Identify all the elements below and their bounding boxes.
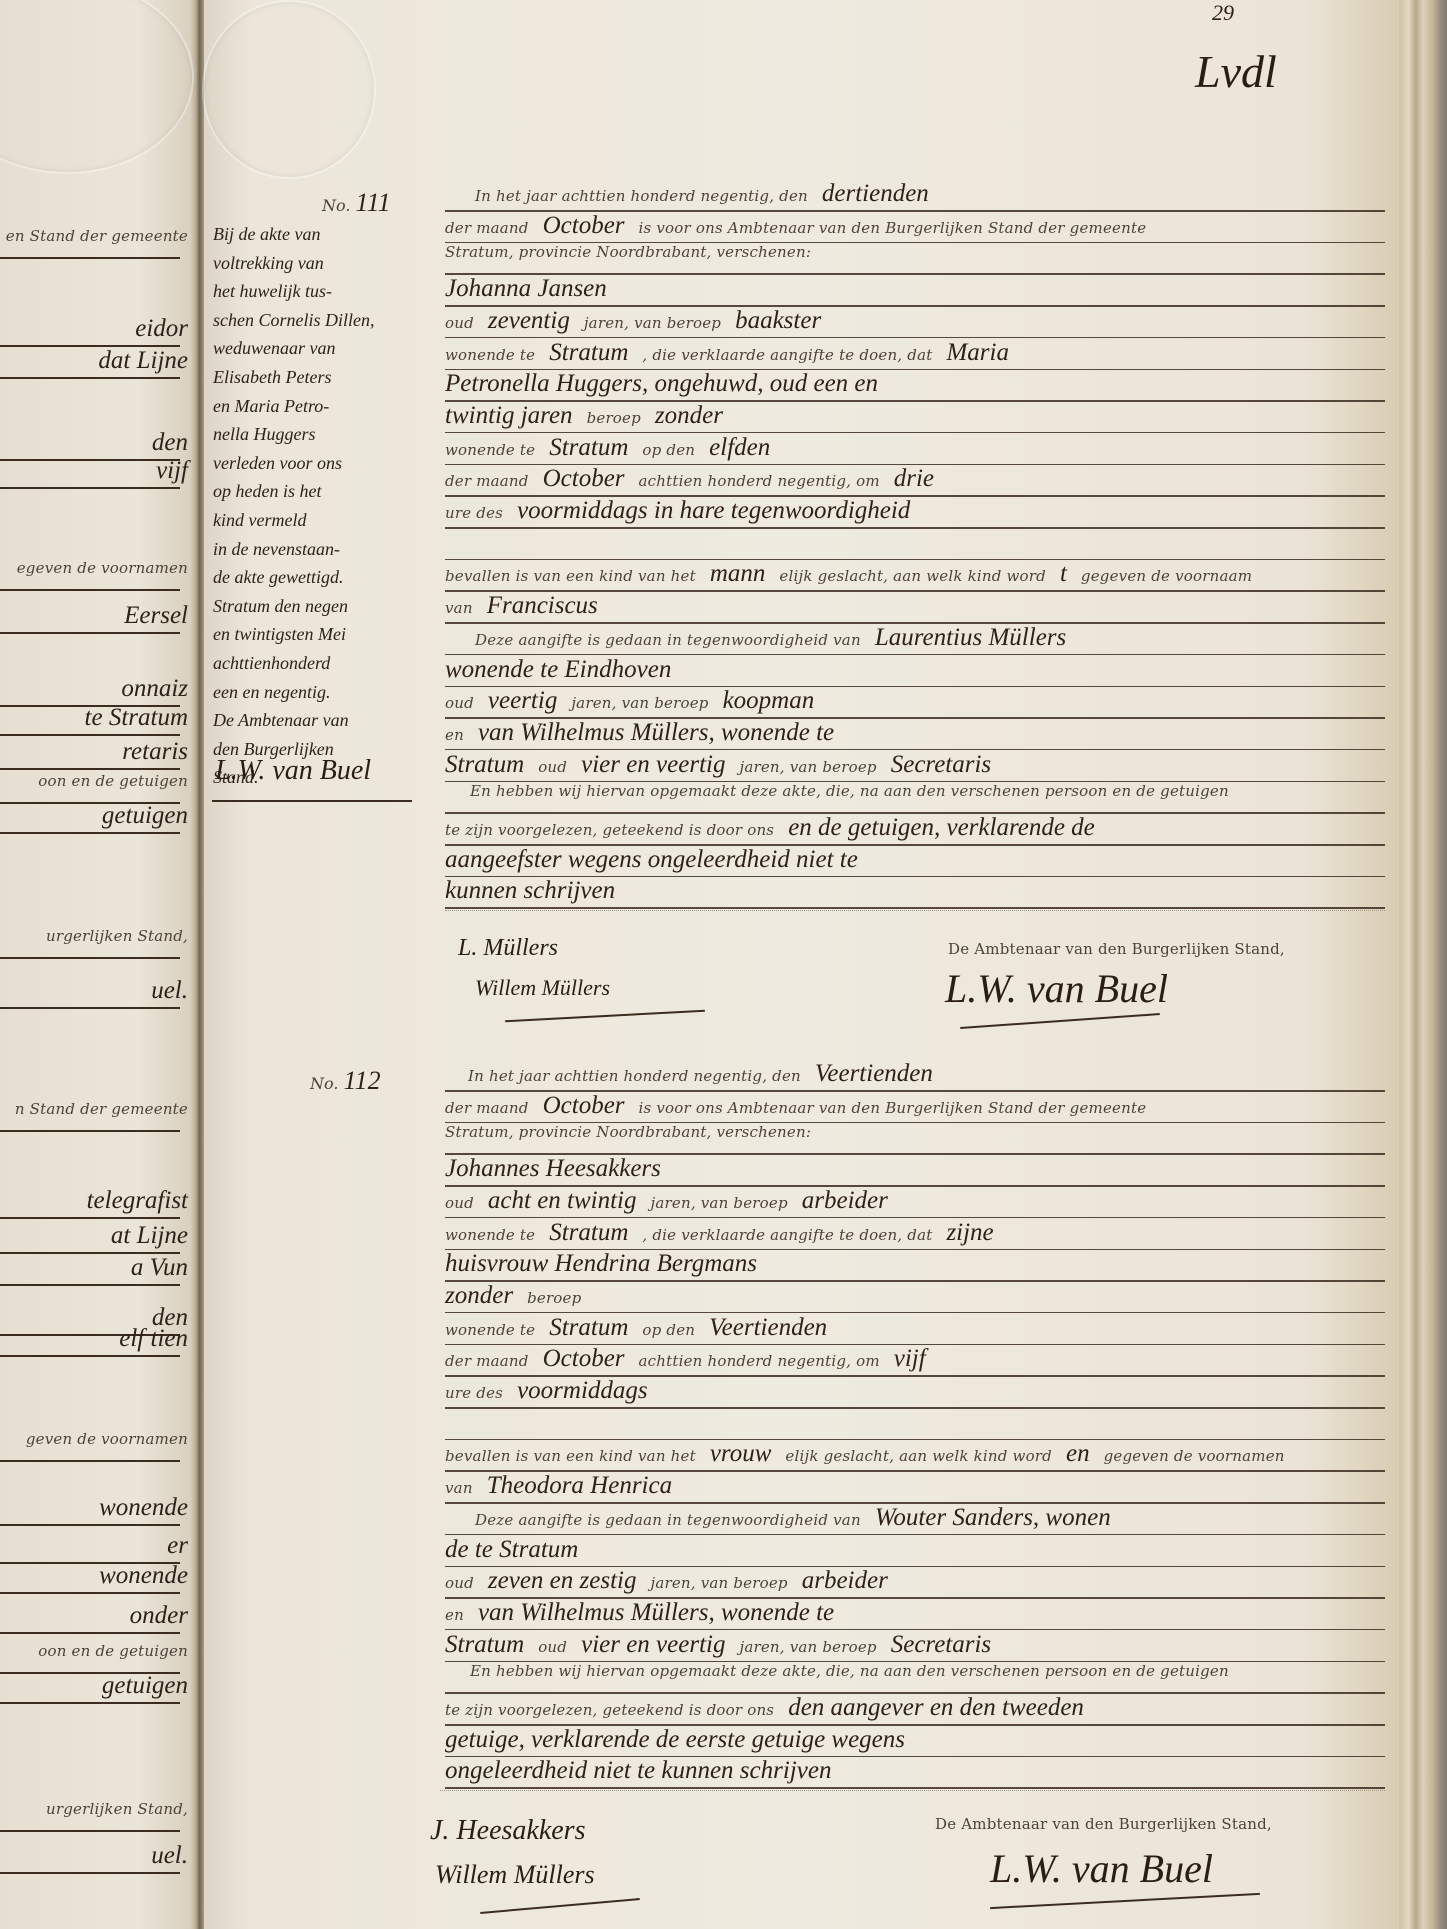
margin-note-line: verleden voor ons xyxy=(213,449,453,478)
printed-text: op den xyxy=(642,1321,695,1339)
official-label: De Ambtenaar van den Burgerlijken Stand, xyxy=(935,1815,1272,1833)
left-fragment: Eersel xyxy=(124,602,188,630)
left-fragment: onder xyxy=(130,1602,188,1630)
handwritten-entry: Veertienden xyxy=(815,1060,933,1087)
witness-signature-2: Willem Müllers xyxy=(475,975,610,1001)
act-line: der maandOctoberis voor ons Ambtenaar va… xyxy=(445,212,1160,240)
printed-text: achttien honderd negentig, om xyxy=(639,1352,880,1370)
printed-text: jaren, van beroep xyxy=(584,314,721,332)
left-fragment: uel. xyxy=(151,1842,188,1870)
act-line: wonende teStratum, die verklaarde aangif… xyxy=(445,1219,1008,1247)
printed-text: wonende te xyxy=(445,1226,535,1244)
ruled-line xyxy=(0,1632,180,1634)
handwritten-entry: aangeefster wegens ongeleerdheid niet te xyxy=(445,846,858,873)
printed-text: jaren, van beroep xyxy=(571,694,708,712)
act-line: der maandOctoberachttien honderd negenti… xyxy=(445,465,948,493)
margin-note-line: achttienhonderd xyxy=(213,649,453,678)
ruled-line xyxy=(445,1407,1385,1409)
printed-text: oud xyxy=(538,758,567,776)
left-fragment: wonende xyxy=(99,1494,188,1522)
left-fragment: urgerlijken Stand, xyxy=(46,927,188,945)
printed-text: Stratum, provincie Noordbrabant, versche… xyxy=(445,243,811,261)
printed-text: oud xyxy=(445,314,474,332)
handwritten-entry: Stratum xyxy=(549,1219,628,1246)
handwritten-entry: Stratum xyxy=(445,751,524,778)
act-line: wonende teStratumop denVeertienden xyxy=(445,1314,841,1342)
handwritten-entry: Stratum xyxy=(445,1631,524,1658)
handwritten-entry: van Wilhelmus Müllers, wonende te xyxy=(478,1599,834,1626)
handwritten-entry: drie xyxy=(894,465,934,492)
act-line: bevallen is van een kind van hetmannelij… xyxy=(445,560,1266,588)
printed-text: te zijn voorgelezen, geteekend is door o… xyxy=(445,1701,774,1719)
left-fragment: dat Lijne xyxy=(98,347,188,375)
act-line: envan Wilhelmus Müllers, wonende te xyxy=(445,719,848,747)
embossed-seal xyxy=(0,0,194,174)
ruled-line xyxy=(0,1872,180,1874)
left-fragment: oon en de getuigen xyxy=(38,1642,188,1660)
printed-text: beroep xyxy=(527,1289,581,1307)
ruled-line xyxy=(0,832,180,834)
act-line: Stratumoudvier en veertigjaren, van bero… xyxy=(445,751,1005,779)
left-fragment: a Vun xyxy=(131,1254,188,1282)
act-separator xyxy=(445,910,1385,911)
act-line: Petronella Huggers, ongehuwd, oud een en xyxy=(445,370,892,398)
printed-text: van xyxy=(445,1479,473,1497)
ruled-line xyxy=(0,1460,180,1462)
handwritten-entry: vijf xyxy=(894,1345,926,1372)
act-line: getuige, verklarende de eerste getuige w… xyxy=(445,1726,919,1754)
handwritten-entry: ongeleerdheid niet te kunnen schrijven xyxy=(445,1757,831,1784)
handwritten-entry: Stratum xyxy=(549,339,628,366)
handwritten-entry: huisvrouw Hendrina Bergmans xyxy=(445,1250,757,1277)
left-fragment: en Stand der gemeente xyxy=(6,227,188,245)
left-fragment: geven de voornamen xyxy=(26,1430,188,1448)
act-line: ongeleerdheid niet te kunnen schrijven xyxy=(445,1757,845,1785)
witness-signature-1: L. Müllers xyxy=(458,935,558,962)
handwritten-entry: kunnen schrijven xyxy=(445,877,615,904)
handwritten-entry: arbeider xyxy=(802,1187,888,1214)
folio-number: 29 xyxy=(1212,0,1234,26)
ruled-line xyxy=(0,1007,180,1009)
printed-text: wonende te xyxy=(445,1321,535,1339)
act-line: Stratumoudvier en veertigjaren, van bero… xyxy=(445,1631,1005,1659)
printed-text: en xyxy=(445,1606,464,1624)
printed-text: , die verklaarde aangifte te doen, dat xyxy=(642,1226,932,1244)
handwritten-entry: October xyxy=(543,1345,625,1372)
act-line: oudacht en twintigjaren, van beroeparbei… xyxy=(445,1187,902,1215)
ruled-line xyxy=(0,1702,180,1704)
official-label: De Ambtenaar van den Burgerlijken Stand, xyxy=(948,940,1285,958)
printed-text: achttien honderd negentig, om xyxy=(639,472,880,490)
handwritten-entry: den aangever en den tweeden xyxy=(788,1694,1084,1721)
printed-text: Deze aangifte is gedaan in tegenwoordigh… xyxy=(475,1511,861,1529)
act-line: Deze aangifte is gedaan in tegenwoordigh… xyxy=(475,624,1080,652)
printed-text: der maand xyxy=(445,472,529,490)
act-line: zonderberoep xyxy=(445,1282,595,1310)
handwritten-entry: zijne xyxy=(946,1219,993,1246)
printed-text: jaren, van beroep xyxy=(650,1574,787,1592)
embossed-seal-coat-of-arms xyxy=(202,0,376,179)
handwritten-entry: October xyxy=(543,465,625,492)
handwritten-entry: vier en veertig xyxy=(581,1631,725,1658)
handwritten-entry: Laurentius Müllers xyxy=(875,624,1066,651)
act-line: wonende te Eindhoven xyxy=(445,656,685,684)
act-line: te zijn voorgelezen, geteekend is door o… xyxy=(445,1694,1098,1722)
act-line: aangeefster wegens ongeleerdheid niet te xyxy=(445,846,872,874)
handwritten-entry: October xyxy=(543,1092,625,1119)
left-fragment: er xyxy=(167,1532,188,1560)
margin-note-line: Elisabeth Peters xyxy=(213,363,453,392)
page-edges xyxy=(1399,0,1447,1929)
official-signature: L.W. van Buel xyxy=(945,965,1168,1012)
act-number-111: No. 111 xyxy=(322,188,391,218)
left-fragment: te Stratum xyxy=(85,704,188,732)
handwritten-entry: Wouter Sanders, wonen xyxy=(875,1504,1111,1531)
ruled-line xyxy=(0,1355,180,1357)
act-line: In het jaar achttien honderd negentig, d… xyxy=(475,180,943,208)
act-line: ure desvoormiddags xyxy=(445,1377,662,1405)
printed-text: wonende te xyxy=(445,441,535,459)
handwritten-entry: Stratum xyxy=(549,1314,628,1341)
ruled-line xyxy=(0,1217,180,1219)
handwritten-entry: Franciscus xyxy=(487,592,598,619)
margin-note-line: schen Cornelis Dillen, xyxy=(213,306,453,335)
corner-initials: Lvdl xyxy=(1195,45,1277,98)
act-line: oudzeventigjaren, van beroepbaakster xyxy=(445,307,835,335)
ruled-line xyxy=(0,459,180,461)
left-fragment: n Stand der gemeente xyxy=(15,1100,188,1118)
handwritten-entry: Theodora Henrica xyxy=(487,1472,672,1499)
ruled-line xyxy=(0,1130,180,1132)
act-line: Deze aangifte is gedaan in tegenwoordigh… xyxy=(475,1504,1125,1532)
left-fragment: vijf xyxy=(156,457,188,485)
handwritten-entry: voormiddags xyxy=(517,1377,648,1404)
ruled-line xyxy=(0,768,180,770)
handwritten-entry: acht en twintig xyxy=(488,1187,637,1214)
act-line: Stratum, provincie Noordbrabant, versche… xyxy=(445,243,825,261)
handwritten-entry: dertienden xyxy=(822,180,929,207)
left-fragment: retaris xyxy=(122,738,188,766)
margin-note-line: nella Huggers xyxy=(213,420,453,449)
handwritten-entry: Petronella Huggers, ongehuwd, oud een en xyxy=(445,370,878,397)
left-fragment: onnaiz xyxy=(121,675,188,703)
left-fragment: uel. xyxy=(151,977,188,1005)
ruled-line xyxy=(0,1592,180,1594)
margin-signature: L.W. van Buel xyxy=(215,755,371,787)
printed-text: jaren, van beroep xyxy=(739,1638,876,1656)
ruled-line xyxy=(445,907,1385,909)
act-line: vanFranciscus xyxy=(445,592,612,620)
handwritten-entry: twintig jaren xyxy=(445,402,573,429)
handwritten-entry: van Wilhelmus Müllers, wonende te xyxy=(478,719,834,746)
left-fragment: oon en de getuigen xyxy=(38,772,188,790)
act-line: de te Stratum xyxy=(445,1536,592,1564)
handwritten-entry: Maria xyxy=(946,339,1009,366)
act-line: oudzeven en zestigjaren, van beroeparbei… xyxy=(445,1567,902,1595)
act-line: der maandOctoberis voor ons Ambtenaar va… xyxy=(445,1092,1160,1120)
margin-note-line: op heden is het xyxy=(213,477,453,506)
handwritten-entry: Secretaris xyxy=(891,1631,991,1658)
printed-text: jaren, van beroep xyxy=(651,1194,788,1212)
printed-text: van xyxy=(445,599,473,617)
handwritten-entry: zonder xyxy=(655,402,723,429)
handwritten-entry: mann xyxy=(710,560,766,587)
left-fragment: wonende xyxy=(99,1562,188,1590)
printed-text: der maand xyxy=(445,1099,529,1117)
handwritten-entry: Johannes Heesakkers xyxy=(445,1155,661,1182)
printed-text: der maand xyxy=(445,219,529,237)
margin-note-legitimation: Bij de akte vanvoltrekking vanhet huweli… xyxy=(213,220,453,792)
printed-text: oud xyxy=(445,1194,474,1212)
act-line: bevallen is van een kind van hetvrouweli… xyxy=(445,1440,1299,1468)
left-fragment: den xyxy=(152,429,188,457)
printed-text: wonende te xyxy=(445,346,535,364)
act-line: te zijn voorgelezen, geteekend is door o… xyxy=(445,814,1109,842)
printed-text: bevallen is van een kind van het xyxy=(445,1447,696,1465)
printed-text: ure des xyxy=(445,1384,503,1402)
left-fragment: telegrafist xyxy=(87,1187,188,1215)
act-line: ure desvoormiddags in hare tegenwoordigh… xyxy=(445,497,924,525)
handwritten-entry: zeven en zestig xyxy=(488,1567,637,1594)
ruled-line xyxy=(0,1524,180,1526)
printed-text: Deze aangifte is gedaan in tegenwoordigh… xyxy=(475,631,861,649)
official-signature: L.W. van Buel xyxy=(990,1845,1213,1892)
printed-text: gegeven de voornaam xyxy=(1081,567,1252,585)
ruled-line xyxy=(0,487,180,489)
act-line: huisvrouw Hendrina Bergmans xyxy=(445,1250,771,1278)
handwritten-entry: Secretaris xyxy=(891,751,991,778)
margin-note-line: het huwelijk tus- xyxy=(213,277,453,306)
left-fragment: at Lijne xyxy=(111,1222,188,1250)
printed-text: bevallen is van een kind van het xyxy=(445,567,696,585)
handwritten-entry: veertig xyxy=(488,687,557,714)
handwritten-entry: Johanna Jansen xyxy=(445,275,607,302)
ruled-line xyxy=(0,589,180,591)
handwritten-entry: October xyxy=(543,212,625,239)
handwritten-entry: koopman xyxy=(723,687,815,714)
act-line: Stratum, provincie Noordbrabant, versche… xyxy=(445,1123,825,1141)
ruled-line xyxy=(0,632,180,634)
printed-text: en xyxy=(445,726,464,744)
act-line: twintig jarenberoepzonder xyxy=(445,402,737,430)
act-line: vanTheodora Henrica xyxy=(445,1472,686,1500)
left-page-fragment: en Stand der gemeenteeidordat Lijnedenvi… xyxy=(0,0,196,1929)
act-line: der maandOctoberachttien honderd negenti… xyxy=(445,1345,940,1373)
act-line: envan Wilhelmus Müllers, wonende te xyxy=(445,1599,848,1627)
margin-note-line: Stratum den negen xyxy=(213,592,453,621)
witness-signature-2: Willem Müllers xyxy=(435,1860,595,1890)
act-separator xyxy=(440,1790,1385,1791)
left-fragment: getuigen xyxy=(102,1672,188,1700)
handwritten-entry: elfden xyxy=(709,434,770,461)
handwritten-entry: t xyxy=(1060,560,1067,587)
printed-text: ure des xyxy=(445,504,503,522)
ruled-line xyxy=(0,377,180,379)
printed-text: der maand xyxy=(445,1352,529,1370)
act-line: Johannes Heesakkers xyxy=(445,1155,675,1183)
printed-text: is voor ons Ambtenaar van den Burgerlijk… xyxy=(639,1099,1147,1117)
margin-note-line: De Ambtenaar van xyxy=(213,706,453,735)
ruled-line xyxy=(0,734,180,736)
margin-note-line: de akte gewettigd. xyxy=(213,563,453,592)
printed-text: In het jaar achttien honderd negentig, d… xyxy=(475,187,808,205)
printed-text: op den xyxy=(642,441,695,459)
handwritten-entry: wonende te Eindhoven xyxy=(445,656,671,683)
printed-text: is voor ons Ambtenaar van den Burgerlijk… xyxy=(639,219,1147,237)
printed-text: Stratum, provincie Noordbrabant, versche… xyxy=(445,1123,811,1141)
margin-note-line: en twintigsten Mei xyxy=(213,620,453,649)
left-fragment: egeven de voornamen xyxy=(17,559,188,577)
margin-note-line: weduwenaar van xyxy=(213,334,453,363)
handwritten-entry: de te Stratum xyxy=(445,1536,578,1563)
handwritten-entry: vier en veertig xyxy=(581,751,725,778)
act-line: oudveertigjaren, van beroepkoopman xyxy=(445,687,828,715)
ruled-line xyxy=(445,1787,1385,1789)
ruled-line xyxy=(0,1284,180,1286)
left-fragment: getuigen xyxy=(102,802,188,830)
margin-note-line: in de nevenstaan- xyxy=(213,535,453,564)
printed-text: gegeven de voornamen xyxy=(1104,1447,1285,1465)
handwritten-entry: baakster xyxy=(735,307,821,334)
book-gutter xyxy=(196,0,204,1929)
act-line: Johanna Jansen xyxy=(445,275,621,303)
act-line: wonende teStratumop denelfden xyxy=(445,434,784,462)
act-line: En hebben wij hiervan opgemaakt deze akt… xyxy=(470,782,1243,800)
margin-note-line: een en negentig. xyxy=(213,678,453,707)
ruled-line xyxy=(0,1830,180,1832)
handwritten-entry: Stratum xyxy=(549,434,628,461)
printed-text: beroep xyxy=(587,409,641,427)
printed-text: , die verklaarde aangifte te doen, dat xyxy=(642,346,932,364)
left-fragment: eidor xyxy=(135,315,188,343)
printed-text: oud xyxy=(538,1638,567,1656)
witness-signature-1: J. Heesakkers xyxy=(430,1815,585,1847)
handwritten-entry: zonder xyxy=(445,1282,513,1309)
handwritten-entry: arbeider xyxy=(802,1567,888,1594)
left-fragment: elf tien xyxy=(119,1325,188,1353)
margin-note-line: Bij de akte van xyxy=(213,220,453,249)
printed-text: En hebben wij hiervan opgemaakt deze akt… xyxy=(470,782,1229,800)
act-line: In het jaar achttien honderd negentig, d… xyxy=(468,1060,947,1088)
act-line: En hebben wij hiervan opgemaakt deze akt… xyxy=(470,1662,1243,1680)
act-line: wonende teStratum, die verklaarde aangif… xyxy=(445,339,1023,367)
margin-note-line: en Maria Petro- xyxy=(213,392,453,421)
handwritten-entry: en xyxy=(1066,1440,1090,1467)
printed-text: oud xyxy=(445,694,474,712)
handwritten-entry: getuige, verklarende de eerste getuige w… xyxy=(445,1726,905,1753)
printed-text: elijk geslacht, aan welk kind word xyxy=(785,1447,1052,1465)
handwritten-entry: zeventig xyxy=(488,307,570,334)
handwritten-entry: Veertienden xyxy=(709,1314,827,1341)
handwritten-entry: voormiddags in hare tegenwoordigheid xyxy=(517,497,910,524)
printed-text: En hebben wij hiervan opgemaakt deze akt… xyxy=(470,1662,1229,1680)
margin-note-line: voltrekking van xyxy=(213,249,453,278)
left-fragment: urgerlijken Stand, xyxy=(46,1800,188,1818)
printed-text: te zijn voorgelezen, geteekend is door o… xyxy=(445,821,774,839)
act-line: kunnen schrijven xyxy=(445,877,629,905)
printed-text: In het jaar achttien honderd negentig, d… xyxy=(468,1067,801,1085)
handwritten-entry: en de getuigen, verklarende de xyxy=(788,814,1095,841)
ruled-line xyxy=(0,957,180,959)
printed-text: elijk geslacht, aan welk kind word xyxy=(779,567,1046,585)
printed-text: oud xyxy=(445,1574,474,1592)
printed-text: jaren, van beroep xyxy=(739,758,876,776)
ruled-line xyxy=(445,527,1385,529)
margin-note-line: kind vermeld xyxy=(213,506,453,535)
handwritten-entry: vrouw xyxy=(710,1440,772,1467)
act-number-112: No. 112 xyxy=(310,1066,381,1096)
ruled-line xyxy=(0,257,180,259)
signature-underline xyxy=(212,800,412,802)
